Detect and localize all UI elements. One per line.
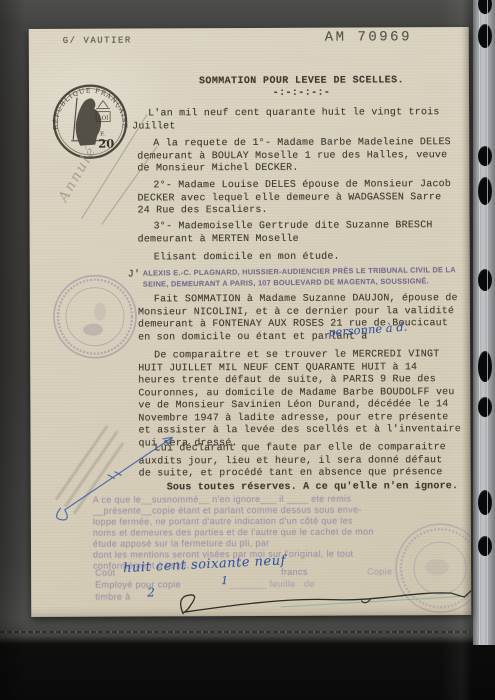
faint-margin-stamp bbox=[55, 425, 108, 500]
round-office-stamp-left bbox=[50, 271, 140, 361]
handwritten-timbre-value: 2 bbox=[147, 585, 155, 599]
title-separator: -:-:-:-:- bbox=[189, 87, 414, 100]
employe-line: Employé pour copie bbox=[95, 579, 181, 590]
cost-label: Coût bbox=[95, 568, 115, 579]
binder-hole bbox=[478, 536, 492, 556]
partie3-paragraph: 3°- Mademoiselle Gertrude dite Suzanne B… bbox=[138, 220, 472, 246]
binder-hole bbox=[478, 24, 492, 48]
huissier-identity-stamp: ALEXIS E.-C. PLAGNARD, HUISSIER-AUDIENCI… bbox=[143, 264, 472, 290]
partie2-paragraph: 2°- Madame Louise DELES épouse de Monsie… bbox=[137, 179, 471, 218]
binder-hole bbox=[478, 490, 492, 515]
binder-hole bbox=[478, 397, 492, 417]
archive-photo: G/ VAUTIER AM 70969 SOMMATION POUR LEVEE… bbox=[0, 0, 495, 700]
binder-hole bbox=[478, 146, 492, 166]
binder-hole bbox=[478, 351, 492, 382]
dossier-reference: G/ VAUTIER bbox=[63, 35, 132, 48]
timbre-label: timbre à bbox=[95, 592, 130, 603]
binder-hole bbox=[478, 0, 492, 14]
sommation-paragraph: Fait SOMMATION à Madame Suzanne DAUJON, … bbox=[138, 293, 471, 345]
round-office-stamp-bottom bbox=[393, 521, 471, 615]
handwritten-copy-count: 1 bbox=[221, 574, 228, 587]
defaut-paragraph: Lui déclarant que faute par elle de comp… bbox=[139, 442, 472, 481]
copies-label: Copie bbox=[367, 566, 392, 577]
comparution-paragraph: De comparaitre et se trouver le MERCREDI… bbox=[138, 349, 471, 451]
paper-document: G/ VAUTIER AM 70969 SOMMATION POUR LEVEE… bbox=[29, 27, 472, 617]
date-paragraph: L'an mil neuf cent quarante huit le ving… bbox=[132, 107, 471, 133]
stamp-number: AM 70969 bbox=[325, 31, 412, 44]
binder-hole bbox=[478, 177, 492, 205]
employe-suffix: _______ feuille de bbox=[229, 579, 315, 590]
binder-strip bbox=[473, 0, 495, 645]
sleeve-seam bbox=[0, 631, 470, 633]
binder-hole bbox=[478, 269, 492, 291]
election-domicile-line: Elisant domicile en mon étude. bbox=[154, 252, 340, 265]
fiscal-stamp-tablet: LOI bbox=[98, 116, 109, 122]
requete-paragraph: A la requete de 1°- Madame Barbe Madelei… bbox=[137, 137, 471, 176]
cost-currency: francs bbox=[281, 567, 308, 578]
fiscal-stamp-value: 20 bbox=[98, 137, 114, 151]
